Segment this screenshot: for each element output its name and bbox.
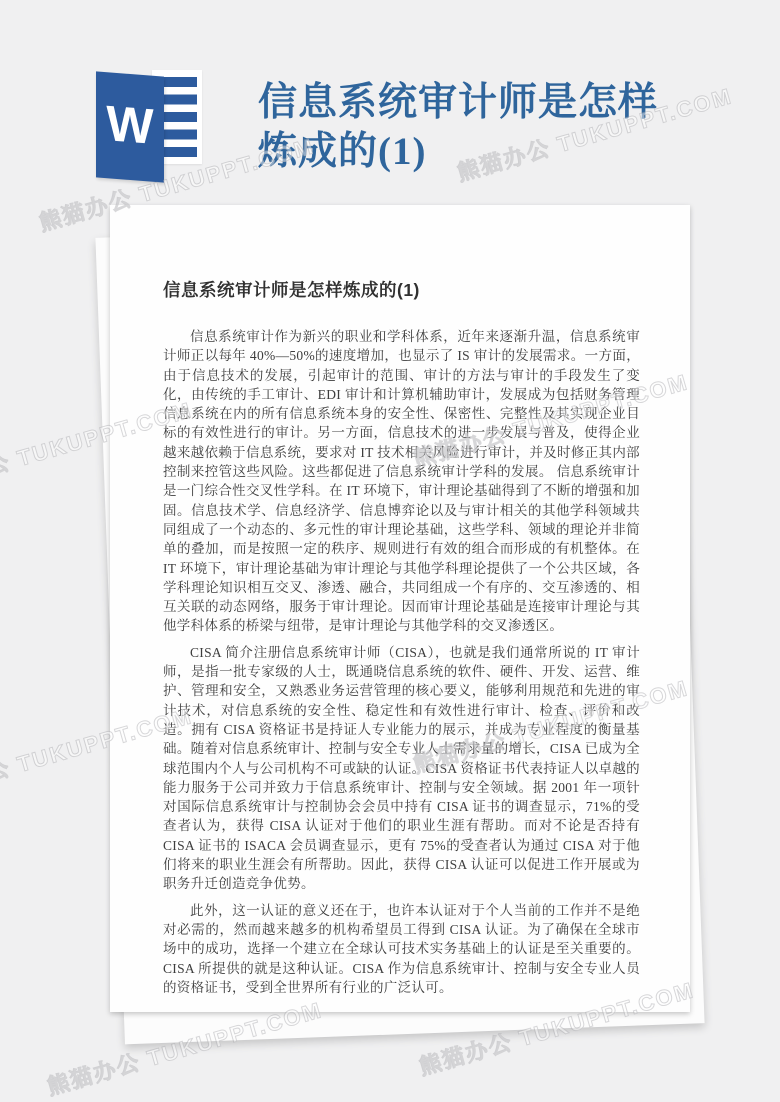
word-icon-flag: W [96, 71, 164, 182]
word-icon: W [96, 66, 204, 188]
paragraph-2: CISA 简介注册信息系统审计师（CISA），也就是我们通常所说的 IT 审计师… [163, 643, 640, 894]
paragraph-3: 此外，这一认证的意义还在于，也许本认证对于个人当前的工作并不是绝对必需的，然而越… [163, 901, 640, 997]
page-background: W 信息系统审计师是怎样炼成的(1) 信息系统审计师是怎样炼成的(1) 信息系统… [0, 0, 780, 1102]
document-page: 信息系统审计师是怎样炼成的(1) 信息系统审计作为新兴的职业和学科体系，近年来逐… [110, 205, 690, 1012]
word-icon-letter: W [106, 98, 153, 152]
paragraph-1: 信息系统审计作为新兴的职业和学科体系，近年来逐渐升温，信息系统审计师正以每年 4… [163, 327, 640, 636]
document-title: 信息系统审计师是怎样炼成的(1) [258, 78, 686, 176]
document-body: 信息系统审计作为新兴的职业和学科体系，近年来逐渐升温，信息系统审计师正以每年 4… [163, 327, 640, 997]
document-heading: 信息系统审计师是怎样炼成的(1) [163, 277, 640, 302]
